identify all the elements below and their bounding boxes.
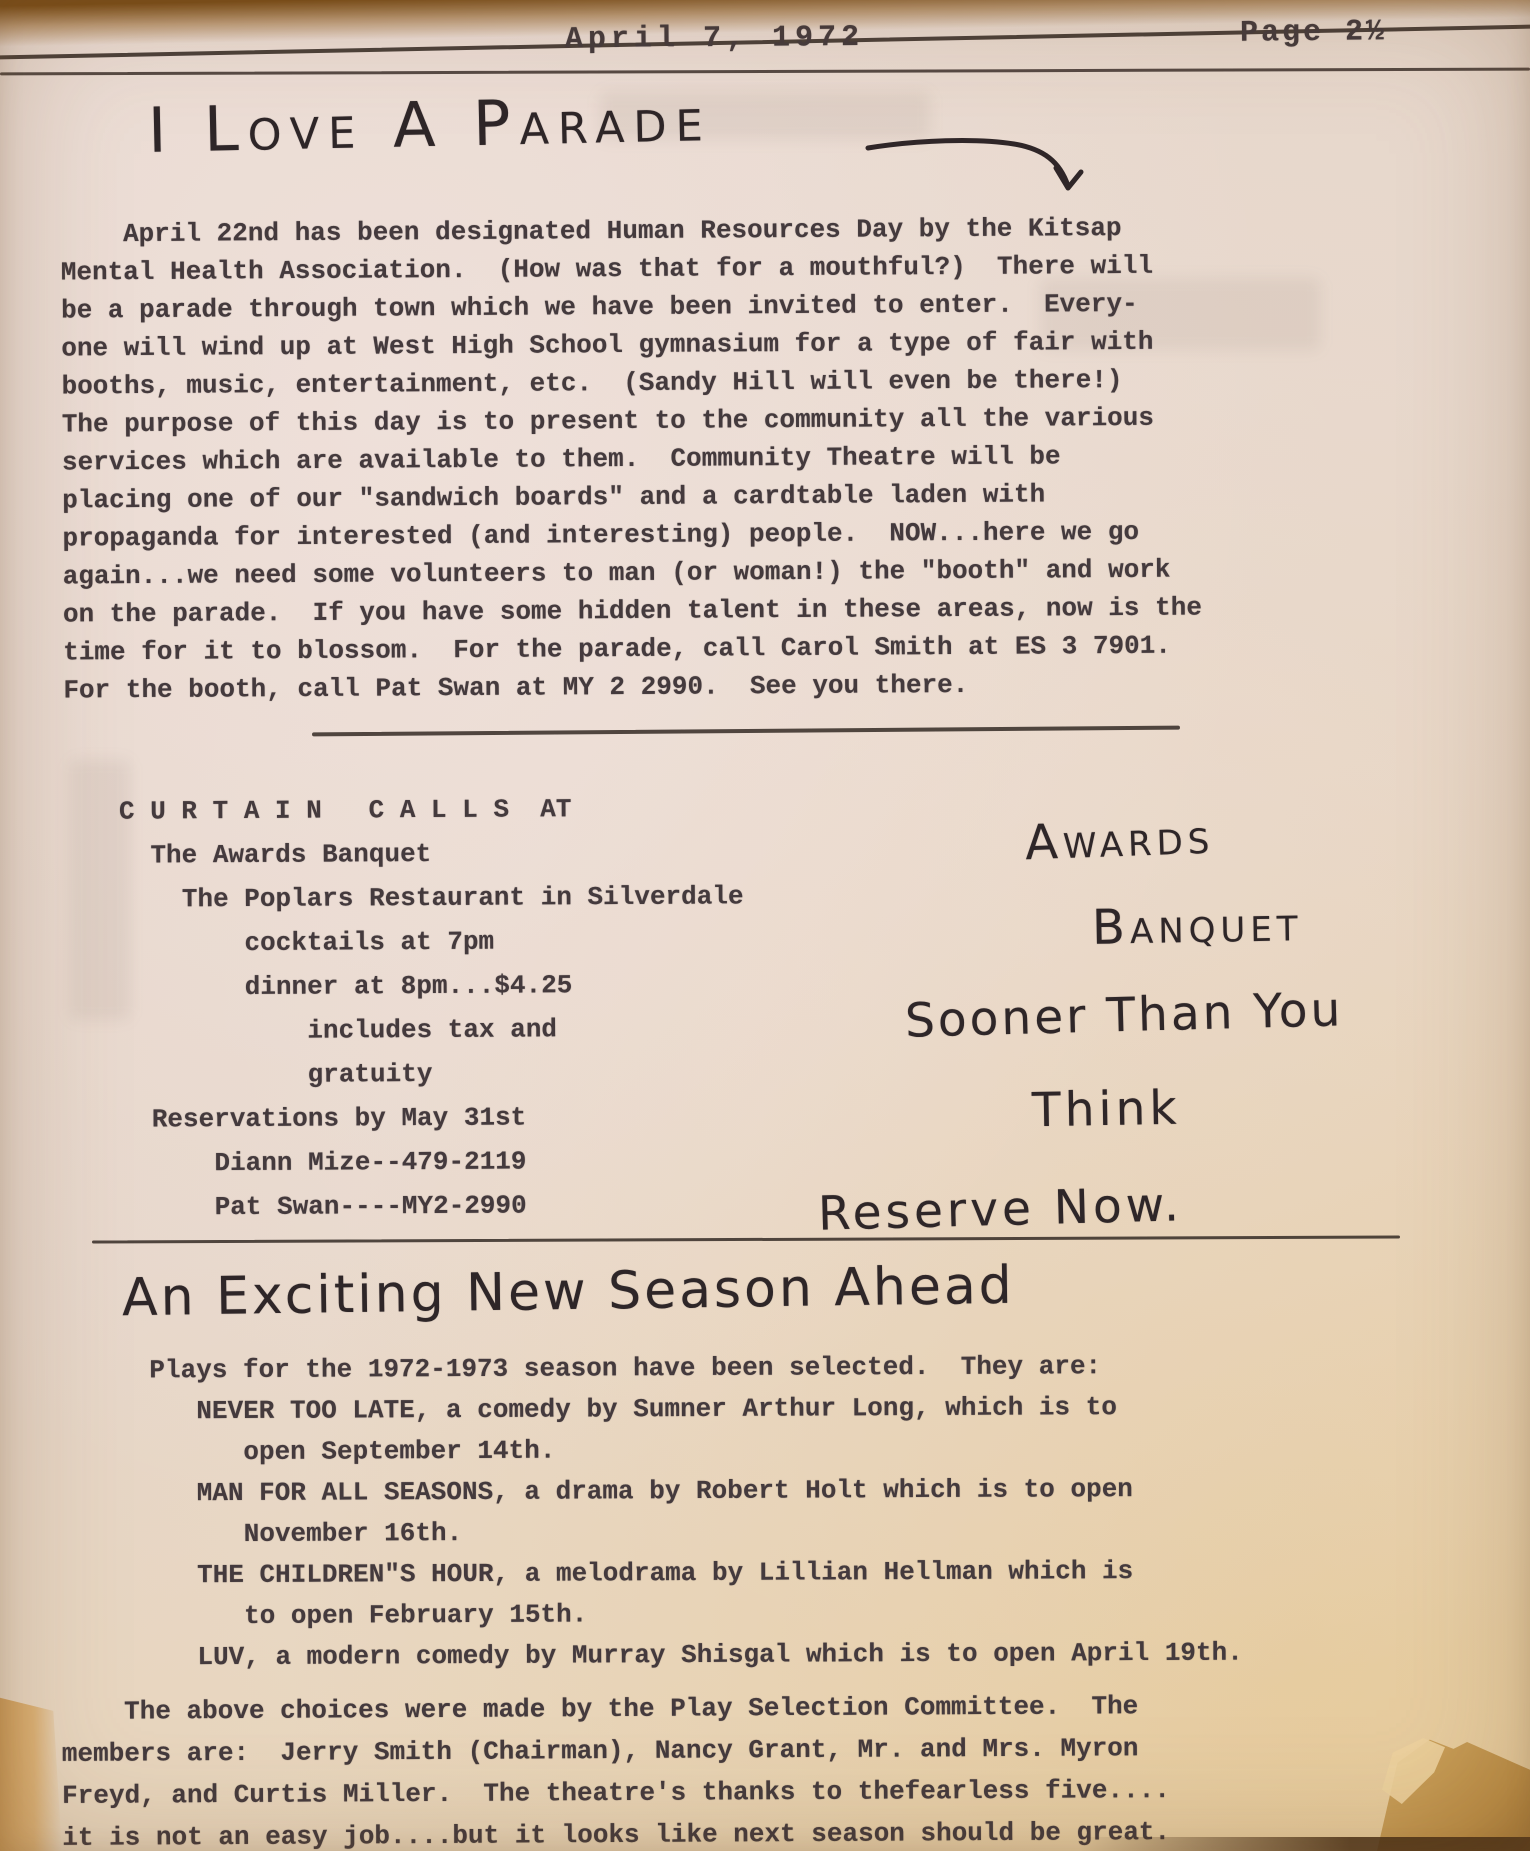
season-committee-paragraph: The above choices were made by the Play … xyxy=(62,1685,1171,1851)
paper-bottom-edge xyxy=(1080,1837,1530,1851)
parade-article-title: I Love A Parade xyxy=(147,82,712,167)
season-plays-list: Plays for the 1972-1973 season have been… xyxy=(149,1346,1243,1679)
curtain-calls-block: C U R T A I N C A L L S AT The Awards Ba… xyxy=(119,786,745,1229)
banquet-note-awards: Awards xyxy=(1024,809,1215,872)
banquet-note-banquet: Banquet xyxy=(1092,896,1303,956)
torn-corner xyxy=(1360,1735,1530,1851)
banquet-note-reserve: Reserve Now. xyxy=(817,1177,1183,1242)
paper-left-edge xyxy=(0,1688,62,1851)
banquet-note-think: Think xyxy=(1032,1081,1181,1139)
parade-article-body: April 22nd has been designated Human Res… xyxy=(61,209,1203,710)
header-bottom-rule xyxy=(0,68,1530,76)
section-divider-1 xyxy=(312,726,1180,737)
season-article-title: An Exciting New Season Ahead xyxy=(122,1256,1016,1328)
page-number: Page 2½ xyxy=(1240,15,1387,51)
banquet-note-sooner: Sooner Than You xyxy=(904,982,1344,1048)
newsletter-scan-page: April 7, 1972 Page 2½ I Love A Parade Ap… xyxy=(0,0,1530,1851)
page-date: April 7, 1972 xyxy=(565,21,864,57)
section-divider-2 xyxy=(92,1235,1400,1243)
hand-drawn-arrow-icon xyxy=(862,118,1092,202)
